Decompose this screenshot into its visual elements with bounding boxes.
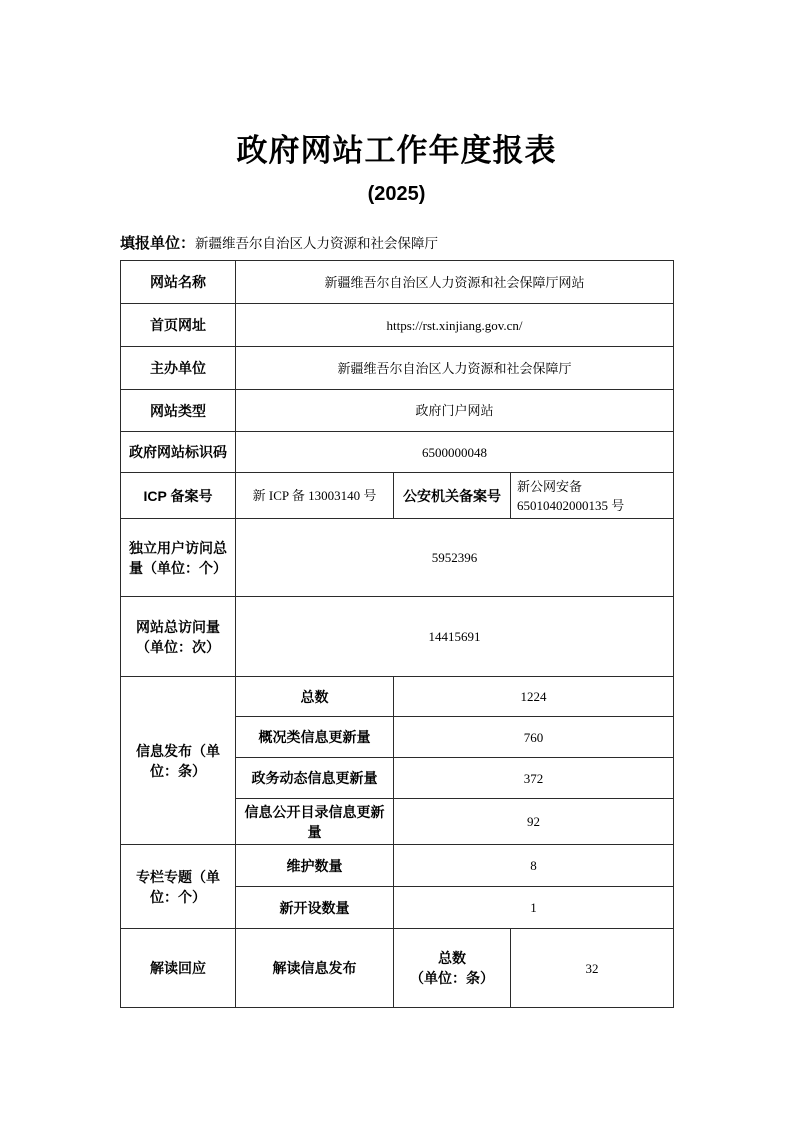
site-type-row: 网站类型 政府门户网站 xyxy=(121,390,674,432)
special-columns-new-value: 1 xyxy=(394,887,674,929)
unique-visitors-label: 独立用户访问总量（单位：个） xyxy=(121,519,236,597)
interpretation-metric-label-line1: 总数 xyxy=(396,948,508,968)
annual-report-table: 网站名称 新疆维吾尔自治区人力资源和社会保障厅网站 首页网址 https://r… xyxy=(120,260,674,1008)
document-page: 政府网站工作年度报表 (2025) 填报单位：新疆维吾尔自治区人力资源和社会保障… xyxy=(0,0,793,1122)
icp-row: ICP 备案号 新 ICP 备 13003140 号 公安机关备案号 新公网安备… xyxy=(121,473,674,519)
interpretation-group-label: 解读回应 xyxy=(121,929,236,1008)
site-name-row: 网站名称 新疆维吾尔自治区人力资源和社会保障厅网站 xyxy=(121,261,674,304)
site-name-label: 网站名称 xyxy=(121,261,236,304)
interpretation-value: 32 xyxy=(511,929,674,1008)
reporting-unit-value: 新疆维吾尔自治区人力资源和社会保障厅 xyxy=(195,236,438,251)
site-code-row: 政府网站标识码 6500000048 xyxy=(121,432,674,473)
site-code-label: 政府网站标识码 xyxy=(121,432,236,473)
home-url-label: 首页网址 xyxy=(121,304,236,347)
home-url-row: 首页网址 https://rst.xinjiang.gov.cn/ xyxy=(121,304,674,347)
interpretation-sub-label: 解读信息发布 xyxy=(236,929,394,1008)
police-filing-label: 公安机关备案号 xyxy=(394,473,511,519)
site-type-value: 政府门户网站 xyxy=(236,390,674,432)
organizer-label: 主办单位 xyxy=(121,347,236,390)
info-publish-directory-label: 信息公开目录信息更新量 xyxy=(236,799,394,845)
total-visits-label: 网站总访问量（单位：次） xyxy=(121,597,236,677)
info-publish-total-row: 信息发布（单位：条） 总数 1224 xyxy=(121,677,674,717)
organizer-row: 主办单位 新疆维吾尔自治区人力资源和社会保障厅 xyxy=(121,347,674,390)
site-type-label: 网站类型 xyxy=(121,390,236,432)
special-columns-maintained-label: 维护数量 xyxy=(236,845,394,887)
reporting-unit-line: 填报单位：新疆维吾尔自治区人力资源和社会保障厅 xyxy=(120,234,793,255)
organizer-value: 新疆维吾尔自治区人力资源和社会保障厅 xyxy=(236,347,674,390)
info-publish-total-label: 总数 xyxy=(236,677,394,717)
info-publish-overview-label: 概况类信息更新量 xyxy=(236,717,394,758)
info-publish-group-label: 信息发布（单位：条） xyxy=(121,677,236,845)
special-columns-maintained-value: 8 xyxy=(394,845,674,887)
unique-visitors-row: 独立用户访问总量（单位：个） 5952396 xyxy=(121,519,674,597)
interpretation-row: 解读回应 解读信息发布 总数 （单位：条） 32 xyxy=(121,929,674,1008)
info-publish-dynamics-value: 372 xyxy=(394,758,674,799)
total-visits-row: 网站总访问量（单位：次） 14415691 xyxy=(121,597,674,677)
police-filing-value: 新公网安备 65010402000135 号 xyxy=(511,473,674,519)
page-title: 政府网站工作年度报表 xyxy=(0,0,793,170)
info-publish-total-value: 1224 xyxy=(394,677,674,717)
special-columns-group-label: 专栏专题（单位：个） xyxy=(121,845,236,929)
info-publish-directory-value: 92 xyxy=(394,799,674,845)
interpretation-metric-label: 总数 （单位：条） xyxy=(394,929,511,1008)
special-columns-new-label: 新开设数量 xyxy=(236,887,394,929)
site-name-value: 新疆维吾尔自治区人力资源和社会保障厅网站 xyxy=(236,261,674,304)
reporting-unit-label: 填报单位： xyxy=(120,235,195,252)
info-publish-dynamics-label: 政务动态信息更新量 xyxy=(236,758,394,799)
icp-value: 新 ICP 备 13003140 号 xyxy=(236,473,394,519)
total-visits-value: 14415691 xyxy=(236,597,674,677)
site-code-value: 6500000048 xyxy=(236,432,674,473)
unique-visitors-value: 5952396 xyxy=(236,519,674,597)
info-publish-overview-value: 760 xyxy=(394,717,674,758)
special-columns-maintained-row: 专栏专题（单位：个） 维护数量 8 xyxy=(121,845,674,887)
page-year: (2025) xyxy=(0,182,793,206)
home-url-value: https://rst.xinjiang.gov.cn/ xyxy=(236,304,674,347)
interpretation-metric-label-line2: （单位：条） xyxy=(396,968,508,988)
icp-label: ICP 备案号 xyxy=(121,473,236,519)
